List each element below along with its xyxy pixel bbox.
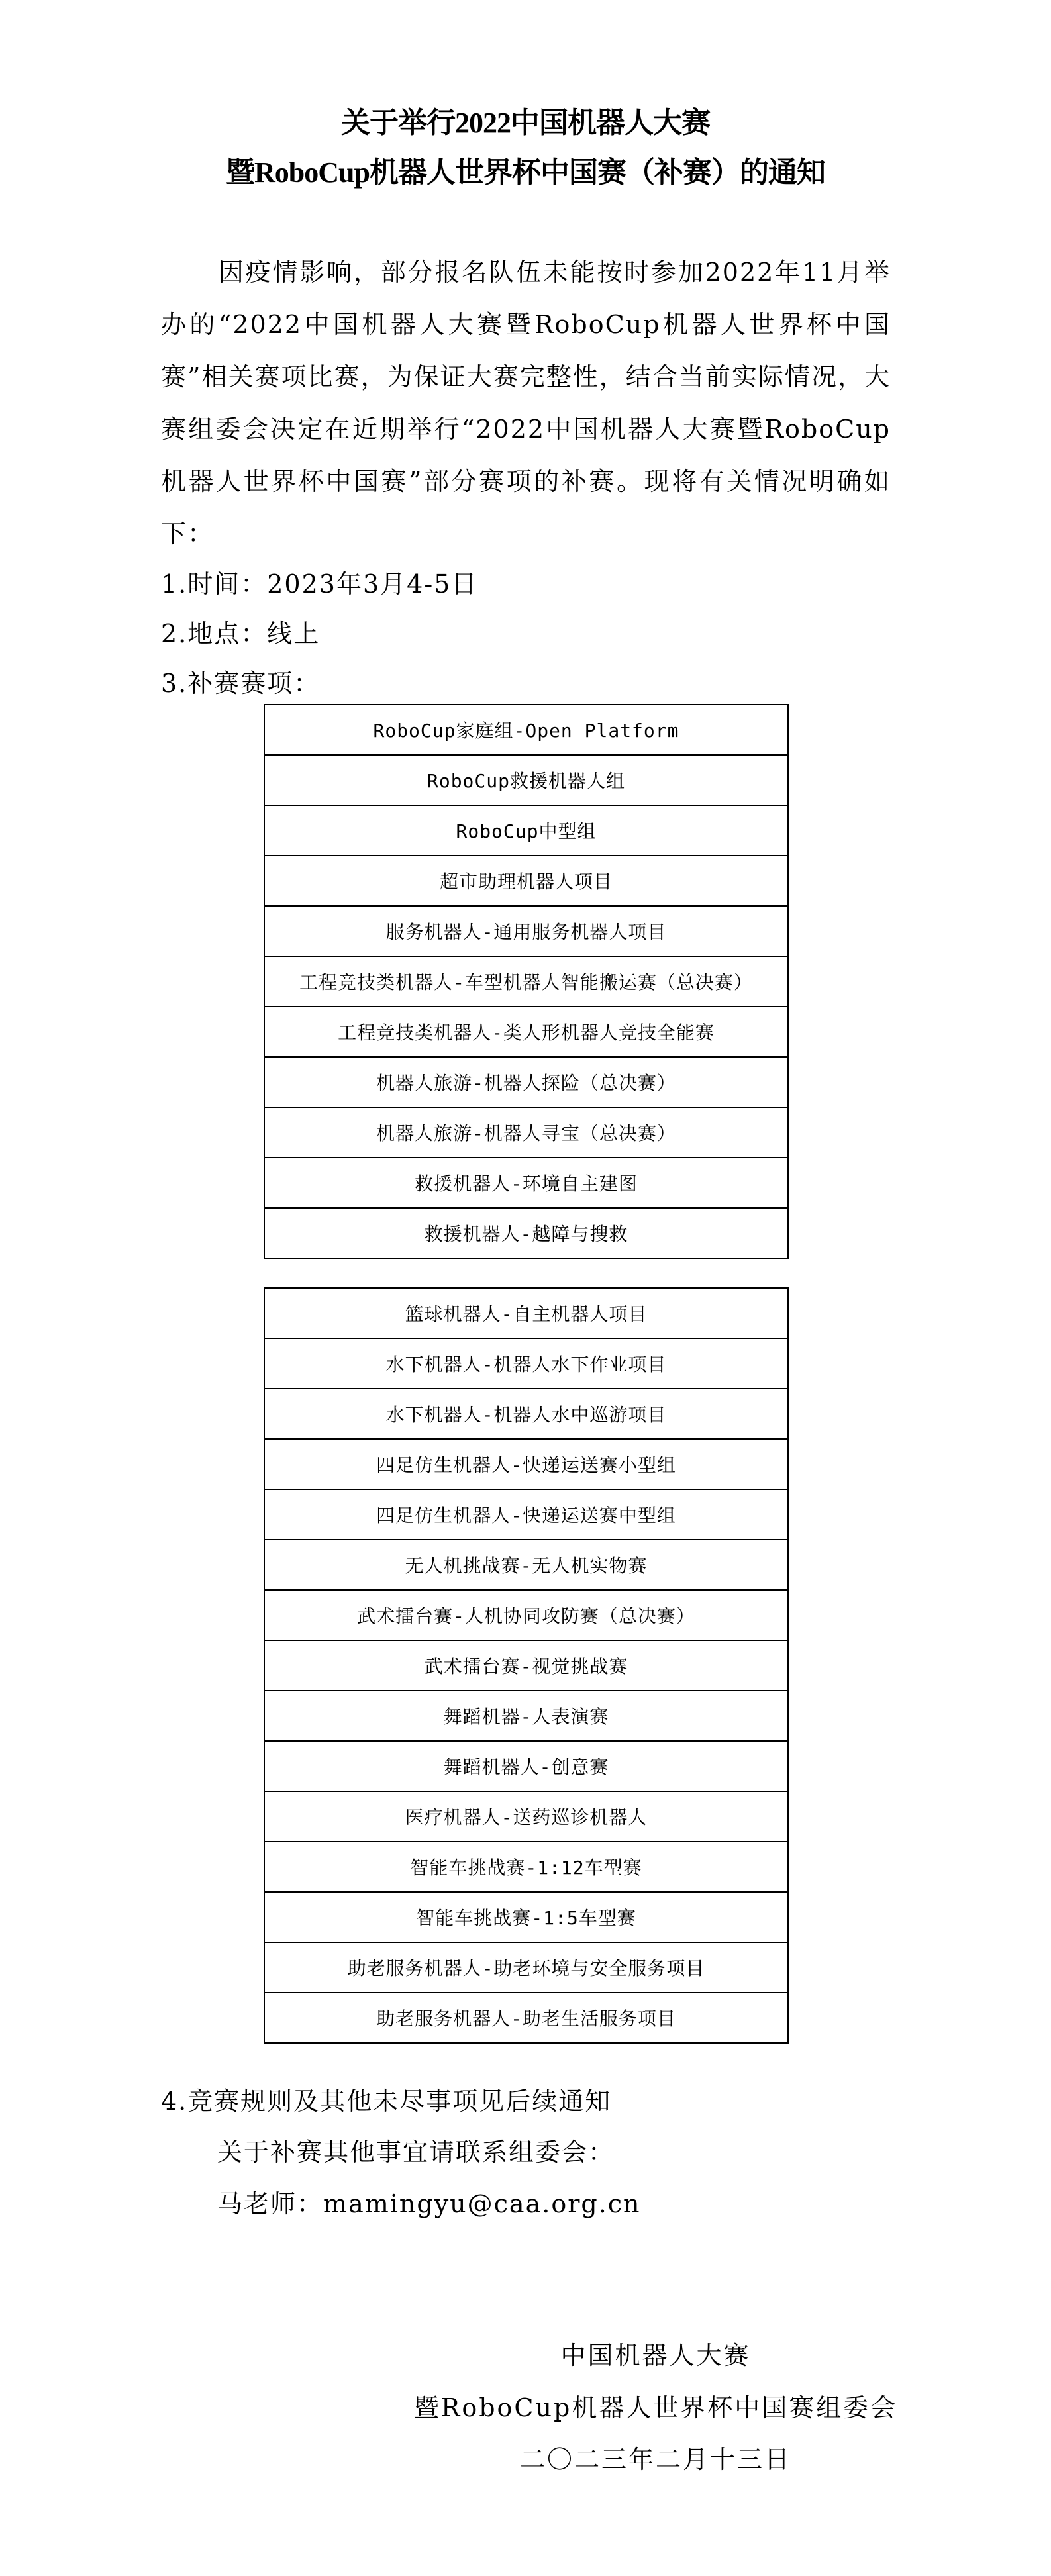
signature-org-line-1: 中国机器人大赛 [391,2336,921,2375]
table-row: 救援机器人-越障与搜救 [264,1208,788,1258]
contact-email[interactable]: mamingyu@caa.org.cn [323,2189,641,2218]
table-cell: 四足仿生机器人-快递运送赛中型组 [264,1489,788,1540]
item-events-heading: 3.补赛赛项： [161,664,320,703]
table-cell: RoboCup中型组 [264,805,788,856]
document-title-line-1: 关于举行2022中国机器人大赛 [0,103,1051,143]
intro-paragraph-text: 因疫情影响，部分报名队伍未能按时参加2022年11月举办的“2022中国机器人大… [161,258,891,548]
signature-date: 二〇二三年二月十三日 [391,2440,921,2479]
table-cell: 医疗机器人-送药巡诊机器人 [264,1791,788,1842]
table-cell: 篮球机器人-自主机器人项目 [264,1288,788,1338]
table-row: 智能车挑战赛-1:5车型赛 [264,1892,788,1942]
table-row: 工程竞技类机器人-类人形机器人竞技全能赛 [264,1007,788,1057]
table-cell: 四足仿生机器人-快递运送赛小型组 [264,1439,788,1489]
table-cell: RoboCup救援机器人组 [264,755,788,805]
table-row: 机器人旅游-机器人探险（总决赛） [264,1057,788,1107]
table-row: 服务机器人-通用服务机器人项目 [264,906,788,956]
signature-org-line-2: 暨RoboCup机器人世界杯中国赛组委会 [391,2388,921,2428]
table-cell: 服务机器人-通用服务机器人项目 [264,906,788,956]
table-cell: RoboCup家庭组-Open Platform [264,705,788,755]
table-cell: 水下机器人-机器人水下作业项目 [264,1338,788,1389]
contact-note: 关于补赛其他事宜请联系组委会： [217,2132,615,2172]
table-row: 医疗机器人-送药巡诊机器人 [264,1791,788,1842]
table-cell: 水下机器人-机器人水中巡游项目 [264,1389,788,1439]
table-cell: 无人机挑战赛-无人机实物赛 [264,1540,788,1590]
table-row: 篮球机器人-自主机器人项目 [264,1288,788,1338]
table-cell: 武术擂台赛-人机协同攻防赛（总决赛） [264,1590,788,1640]
table-cell: 工程竞技类机器人-类人形机器人竞技全能赛 [264,1007,788,1057]
table-cell: 智能车挑战赛-1:12车型赛 [264,1842,788,1892]
table-row: RoboCup家庭组-Open Platform [264,705,788,755]
table-cell: 武术擂台赛-视觉挑战赛 [264,1640,788,1691]
item-time: 1.时间：2023年3月4-5日 [161,564,477,604]
events-table-2: 篮球机器人-自主机器人项目 水下机器人-机器人水下作业项目 水下机器人-机器人水… [264,1287,789,2044]
table-row: 救援机器人-环境自主建图 [264,1158,788,1208]
table-cell: 舞蹈机器人-创意赛 [264,1741,788,1791]
table-cell: 助老服务机器人-助老生活服务项目 [264,1993,788,2043]
intro-paragraph: 因疫情影响，部分报名队伍未能按时参加2022年11月举办的“2022中国机器人大… [161,246,891,560]
table-cell: 机器人旅游-机器人寻宝（总决赛） [264,1107,788,1158]
table-row: 智能车挑战赛-1:12车型赛 [264,1842,788,1892]
contact-name: 马老师 [217,2189,297,2218]
table-cell: 工程竞技类机器人-车型机器人智能搬运赛（总决赛） [264,956,788,1007]
table-cell: 超市助理机器人项目 [264,856,788,906]
item-location: 2.地点：线上 [161,614,320,654]
table-cell: 智能车挑战赛-1:5车型赛 [264,1892,788,1942]
table-row: 四足仿生机器人-快递运送赛小型组 [264,1439,788,1489]
table-row: RoboCup救援机器人组 [264,755,788,805]
table-cell: 救援机器人-越障与搜救 [264,1208,788,1258]
table-row: 舞蹈机器-人表演赛 [264,1691,788,1741]
table-row: 助老服务机器人-助老环境与安全服务项目 [264,1942,788,1993]
contact-separator: ： [297,2189,323,2218]
table-row: 超市助理机器人项目 [264,856,788,906]
table-row: 助老服务机器人-助老生活服务项目 [264,1993,788,2043]
table-row: 水下机器人-机器人水下作业项目 [264,1338,788,1389]
table-cell: 助老服务机器人-助老环境与安全服务项目 [264,1942,788,1993]
table-row: RoboCup中型组 [264,805,788,856]
table-cell: 机器人旅游-机器人探险（总决赛） [264,1057,788,1107]
table-row: 水下机器人-机器人水中巡游项目 [264,1389,788,1439]
table-row: 无人机挑战赛-无人机实物赛 [264,1540,788,1590]
table-row: 四足仿生机器人-快递运送赛中型组 [264,1489,788,1540]
table-row: 武术擂台赛-人机协同攻防赛（总决赛） [264,1590,788,1640]
document-title-line-2: 暨RoboCup机器人世界杯中国赛（补赛）的通知 [0,153,1051,193]
events-table-1: RoboCup家庭组-Open Platform RoboCup救援机器人组 R… [264,704,789,1259]
table-cell: 舞蹈机器-人表演赛 [264,1691,788,1741]
table-row: 机器人旅游-机器人寻宝（总决赛） [264,1107,788,1158]
contact-line: 马老师：mamingyu@caa.org.cn [217,2184,641,2224]
table-row: 武术擂台赛-视觉挑战赛 [264,1640,788,1691]
table-row: 工程竞技类机器人-车型机器人智能搬运赛（总决赛） [264,956,788,1007]
item-rules-notice: 4.竞赛规则及其他未尽事项见后续通知 [161,2081,611,2121]
table-cell: 救援机器人-环境自主建图 [264,1158,788,1208]
table-row: 舞蹈机器人-创意赛 [264,1741,788,1791]
